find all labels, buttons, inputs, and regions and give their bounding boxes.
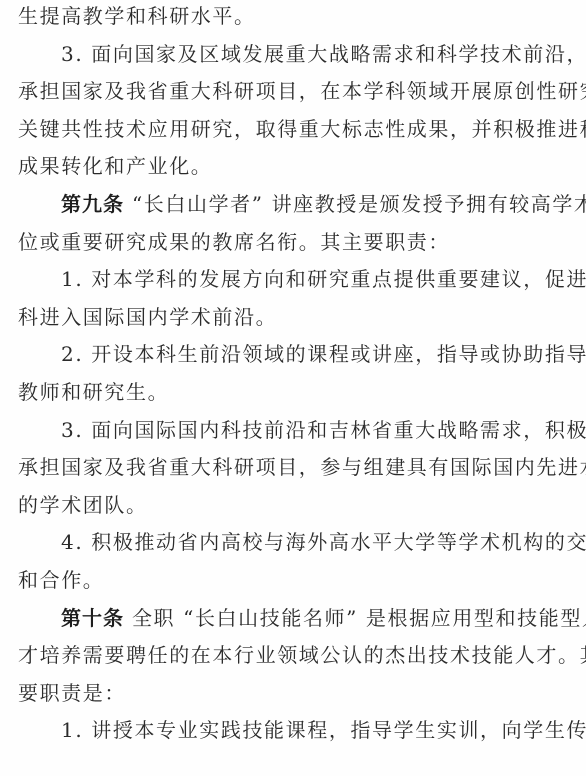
text-line: 第十条 全职 “长白山技能名师” 是根据应用型和技能型人 [18, 600, 570, 638]
text-line: 教师和研究生。 [18, 374, 570, 412]
article-label: 第十条 [61, 606, 124, 630]
paragraph-previous-end: 生提高教学和科研水平。 [18, 0, 570, 36]
article-label: 第九条 [61, 192, 124, 216]
paragraph-article10-item1: 1. 讲授本专业实践技能课程，指导学生实训，向学生传授国 [18, 712, 570, 750]
text-line: 3. 面向国家及区域发展重大战略需求和科学技术前沿，积极 [18, 36, 570, 74]
text-line: 要职责是： [18, 675, 570, 713]
text-line: 成果转化和产业化。 [18, 148, 570, 186]
text-line: 科进入国际国内学术前沿。 [18, 299, 570, 337]
article-text: “长白山学者” 讲座教授是颁发授予拥有较高学术地 [124, 192, 586, 216]
paragraph-article9-item1: 1. 对本学科的发展方向和研究重点提供重要建议，促进本学 科进入国际国内学术前沿… [18, 261, 570, 336]
paragraph-article9-item2: 2. 开设本科生前沿领域的课程或讲座，指导或协助指导青年 教师和研究生。 [18, 336, 570, 411]
text-line: 1. 对本学科的发展方向和研究重点提供重要建议，促进本学 [18, 261, 570, 299]
text-line: 的学术团队。 [18, 487, 570, 525]
text-line: 4. 积极推动省内高校与海外高水平大学等学术机构的交流 [18, 524, 570, 562]
text-line: 生提高教学和科研水平。 [18, 0, 570, 36]
text-line: 承担国家及我省重大科研项目，参与组建具有国际国内先进水平 [18, 449, 570, 487]
text-line: 关键共性技术应用研究，取得重大标志性成果，并积极推进科技 [18, 111, 570, 149]
document-page: 生提高教学和科研水平。 3. 面向国家及区域发展重大战略需求和科学技术前沿，积极… [0, 0, 586, 776]
paragraph-article8-item3: 3. 面向国家及区域发展重大战略需求和科学技术前沿，积极 承担国家及我省重大科研… [18, 36, 570, 186]
document-body: 生提高教学和科研水平。 3. 面向国家及区域发展重大战略需求和科学技术前沿，积极… [18, 0, 570, 750]
text-line: 承担国家及我省重大科研项目，在本学科领域开展原创性研究和 [18, 73, 570, 111]
text-line: 3. 面向国际国内科技前沿和吉林省重大战略需求，积极组织 [18, 412, 570, 450]
text-line: 1. 讲授本专业实践技能课程，指导学生实训，向学生传授国 [18, 712, 570, 750]
text-line: 2. 开设本科生前沿领域的课程或讲座，指导或协助指导青年 [18, 336, 570, 374]
text-line: 才培养需要聘任的在本行业领域公认的杰出技术技能人才。其主 [18, 637, 570, 675]
text-line: 第九条 “长白山学者” 讲座教授是颁发授予拥有较高学术地 [18, 186, 570, 224]
paragraph-article9-item3: 3. 面向国际国内科技前沿和吉林省重大战略需求，积极组织 承担国家及我省重大科研… [18, 412, 570, 525]
paragraph-article10: 第十条 全职 “长白山技能名师” 是根据应用型和技能型人 才培养需要聘任的在本行… [18, 600, 570, 713]
text-line: 位或重要研究成果的教席名衔。其主要职责： [18, 224, 570, 262]
text-line: 和合作。 [18, 562, 570, 600]
paragraph-article9-item4: 4. 积极推动省内高校与海外高水平大学等学术机构的交流 和合作。 [18, 524, 570, 599]
article-text: 全职 “长白山技能名师” 是根据应用型和技能型人 [124, 606, 586, 630]
paragraph-article9: 第九条 “长白山学者” 讲座教授是颁发授予拥有较高学术地 位或重要研究成果的教席… [18, 186, 570, 261]
